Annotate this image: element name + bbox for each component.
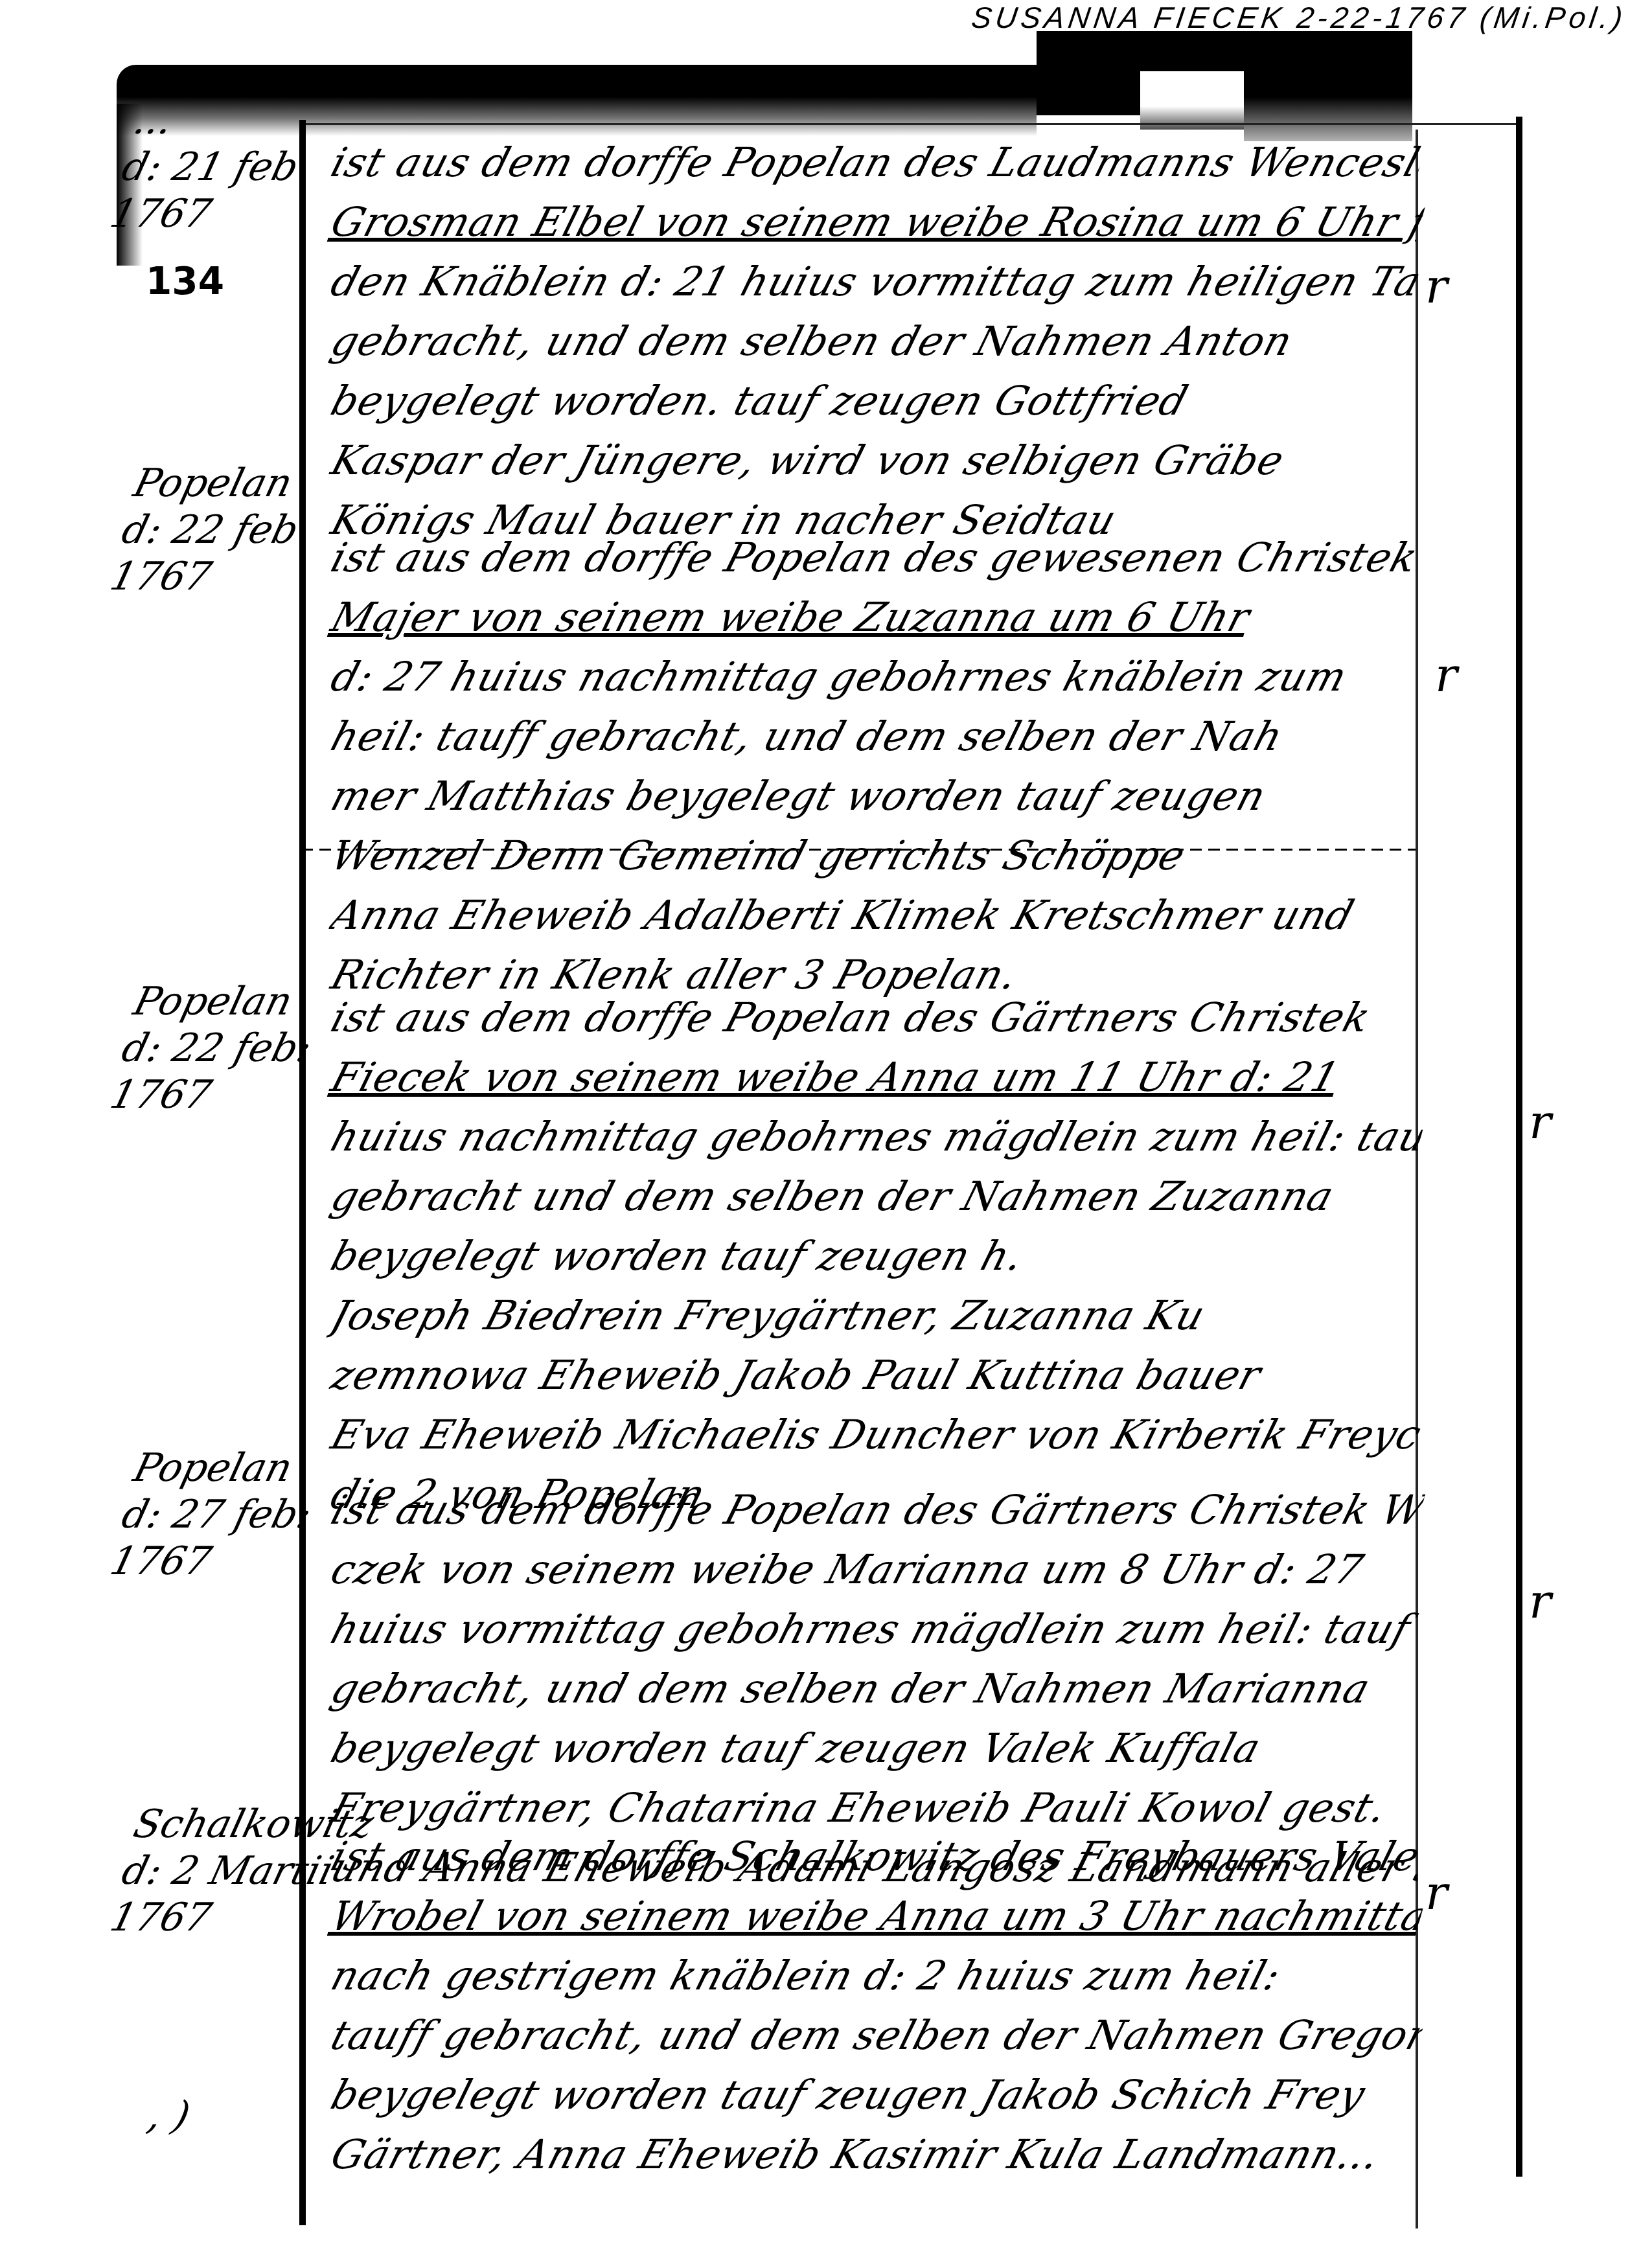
entry-line: Fiecek von seinem weibe Anna um 11 Uhr d… — [324, 1048, 1429, 1107]
entry-line: mer Matthias beygelegt worden tauf zeuge… — [324, 766, 1429, 826]
margin-note-entry-4: Popelan d: 27 feb: 1767 — [106, 1445, 315, 1585]
margin-note-entry-2: Popelan d: 22 feb 1767 — [106, 460, 315, 600]
entry-line: beygelegt worden tauf zeugen Valek Kuffa… — [324, 1719, 1429, 1778]
entry-line: ist aus dem dorffe Popelan des Gärtners … — [324, 988, 1429, 1048]
margin-date: d: 2 Martii — [117, 1848, 304, 1894]
entry-line: nach gestrigem knäblein d: 2 huius zum h… — [324, 1946, 1429, 2006]
margin-date: d: 22 feb — [117, 507, 304, 553]
entry-line: Anna Eheweib Adalberti Klimek Kretschmer… — [324, 886, 1429, 945]
margin-date: d: 21 feb — [117, 144, 304, 190]
entry-line: d: 27 huius nachmittag gebohrnes knäblei… — [324, 647, 1429, 707]
archivist-note: SUSANNA FIECEK 2-22-1767 (Mi.Pol.) — [969, 0, 1629, 35]
margin-note-entry-1: ... d: 21 feb 1767 — [106, 97, 315, 237]
entry-line: beygelegt worden. tauf zeugen Gottfried — [324, 371, 1429, 431]
margin-place: Popelan — [129, 1445, 315, 1491]
entry-line: Wenzel Denn Gemeind gerichts Schöppe — [324, 826, 1429, 886]
entry-line: Joseph Biedrein Freygärtner, Zuzanna Ku — [324, 1286, 1429, 1346]
entry-line: beygelegt worden tauf zeugen h. — [324, 1226, 1429, 1286]
entry-line: huius nachmittag gebohrnes mägdlein zum … — [324, 1107, 1429, 1167]
entry-line: den Knäblein d: 21 huius vormittag zum h… — [324, 252, 1429, 312]
register-mark: r — [1435, 648, 1457, 702]
entry-line: beygelegt worden tauf zeugen Jakob Schic… — [324, 2065, 1429, 2125]
right-outer-rule — [1516, 117, 1522, 2177]
register-mark: r — [1425, 1866, 1447, 1920]
margin-date: d: 22 feb: — [117, 1025, 304, 1071]
entry-line: Wrobel von seinem weibe Anna um 3 Uhr na… — [324, 1886, 1429, 1946]
entry-line: tauff gebracht, und dem selben der Nahme… — [324, 2006, 1429, 2065]
margin-place: ... — [129, 97, 315, 144]
margin-place: Popelan — [129, 460, 315, 507]
margin-date: d: 27 feb: — [117, 1491, 304, 1538]
margin-year: 1767 — [106, 553, 292, 600]
entry-line: Grosman Elbel von seinem weibe Rosina um… — [324, 192, 1429, 252]
register-mark: r — [1425, 259, 1447, 314]
entry-line: ist aus dem dorffe Popelan des Gärtners … — [324, 1480, 1429, 1540]
entry-line: ist aus dem dorffe Schalkowitz des Freyb… — [324, 1827, 1429, 1886]
margin-place: Schalkowitz — [129, 1801, 315, 1848]
entry-line: ist aus dem dorffe Popelan des Laudmanns… — [324, 133, 1429, 192]
entry-line: ist aus dem dorffe Popelan des gewesenen… — [324, 528, 1429, 588]
entry-separator — [301, 849, 1416, 851]
register-mark: r — [1529, 1574, 1551, 1629]
margin-note-entry-3: Popelan d: 22 feb: 1767 — [106, 978, 315, 1118]
register-entry-3: ist aus dem dorffe Popelan des Gärtners … — [324, 988, 1412, 1524]
entry-line: huius vormittag gebohrnes mägdlein zum h… — [324, 1599, 1429, 1659]
entry-line: gebracht, und dem selben der Nahmen Anto… — [324, 312, 1429, 371]
entry-line: gebracht und dem selben der Nahmen Zuzan… — [324, 1167, 1429, 1226]
register-mark: r — [1529, 1095, 1551, 1149]
margin-note-entry-5: Schalkowitz d: 2 Martii 1767 — [106, 1801, 315, 1941]
page-tab-notch — [1140, 71, 1244, 130]
margin-year: 1767 — [106, 1071, 292, 1118]
entry-line: Eva Eheweib Michaelis Duncher von Kirber… — [324, 1405, 1429, 1465]
top-rule — [301, 123, 1519, 125]
bottom-margin-fragment: , ) — [143, 2092, 330, 2139]
margin-rule — [299, 120, 306, 2225]
entry-line: Kaspar der Jüngere, wird von selbigen Gr… — [324, 431, 1429, 490]
page-number: 134 — [146, 259, 224, 303]
register-entry-2: ist aus dem dorffe Popelan des gewesenen… — [324, 528, 1412, 1005]
entry-line: Majer von seinem weibe Zuzanna um 6 Uhr — [324, 588, 1429, 647]
margin-year: 1767 — [106, 1894, 292, 1941]
margin-year: 1767 — [106, 1538, 292, 1585]
register-entry-5: ist aus dem dorffe Schalkowitz des Freyb… — [324, 1827, 1412, 2184]
entry-line: heil: tauff gebracht, und dem selben der… — [324, 707, 1429, 766]
margin-place: Popelan — [129, 978, 315, 1025]
entry-line: zemnowa Eheweib Jakob Paul Kuttina bauer — [324, 1346, 1429, 1405]
fragment-text: , ) — [143, 2092, 330, 2139]
entry-line: gebracht, und dem selben der Nahmen Mari… — [324, 1659, 1429, 1719]
entry-line: czek von seinem weibe Marianna um 8 Uhr … — [324, 1540, 1429, 1599]
margin-year: 1767 — [106, 190, 292, 237]
entry-line: Gärtner, Anna Eheweib Kasimir Kula Landm… — [324, 2125, 1429, 2184]
register-entry-1: ist aus dem dorffe Popelan des Laudmanns… — [324, 133, 1412, 550]
